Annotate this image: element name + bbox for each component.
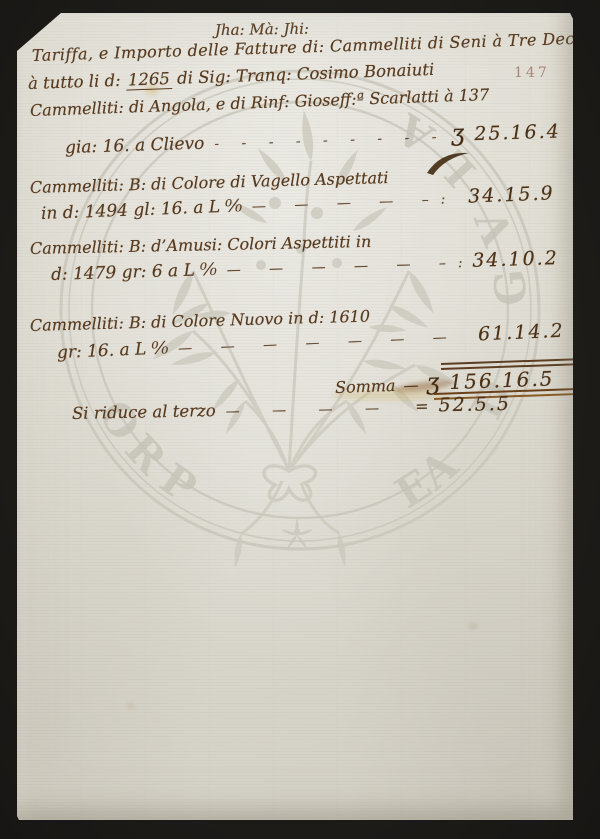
watermark-rosette: [280, 518, 313, 550]
somma-dash: —: [403, 376, 419, 395]
watermark-bow: [264, 466, 316, 500]
deduction-label: Si riduce al terzo: [72, 401, 216, 423]
subtitle-year-underlined: 1265: [126, 69, 173, 91]
entry-amount: 34.15.9: [468, 182, 555, 207]
somma-currency-sign: ʒ: [426, 369, 440, 395]
entry-detail: gia: 16. a Clievo: [65, 134, 205, 158]
leader-dashes: — — — — —: [226, 400, 406, 420]
foxing-spot: [469, 623, 477, 629]
ink-flourish: [425, 149, 485, 179]
ring-letter: G: [484, 267, 536, 308]
entry-amount: 34.10.2: [472, 247, 559, 272]
foxing-spot: [127, 703, 134, 709]
ring-letter: V: [465, 202, 524, 253]
subtitle-prefix: à tutto li d:: [28, 71, 121, 93]
folio-number-stamp: 147: [514, 65, 550, 81]
somma-label: Somma: [335, 376, 396, 397]
entry-amount: 61.14.2: [478, 320, 565, 346]
deduction-amount: 52.5.5: [438, 393, 511, 417]
entry-amount: 25.16.4: [474, 120, 561, 145]
currency-sign: ʒ: [451, 120, 465, 146]
manuscript-scan: P R O A L V G D A E: [0, 0, 600, 839]
paper-sheet: P R O A L V G D A E: [17, 13, 573, 820]
equals-sign: =: [415, 397, 429, 416]
